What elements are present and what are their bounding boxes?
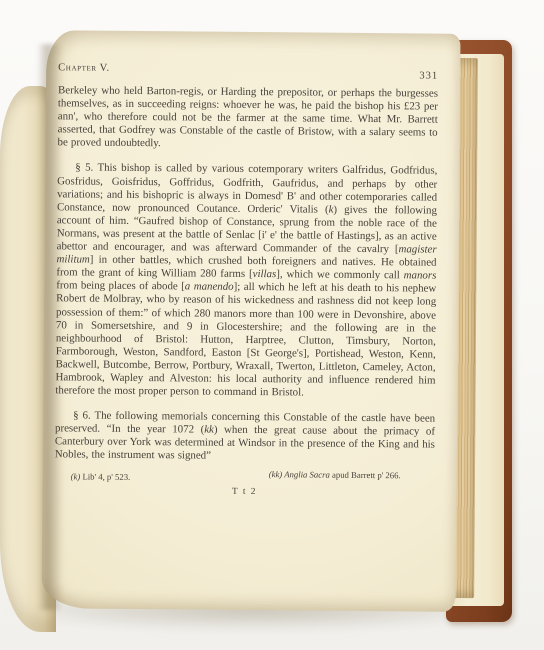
paragraph: § 5. This bishop is called by various co… (55, 162, 437, 401)
page-number: 331 (419, 70, 438, 81)
text-body: Berkeley who held Barton-regis, or Hardi… (55, 84, 438, 465)
printed-text-block: Chapter V. 331 Berkeley who held Barton-… (54, 62, 438, 498)
chapter-heading: Chapter V. (58, 62, 110, 73)
book-page: Chapter V. 331 Berkeley who held Barton-… (41, 30, 460, 612)
footnotes: (k) Lib' 4, p' 523. (kk) Anglia Sacra ap… (55, 471, 435, 484)
book-photograph: Chapter V. 331 Berkeley who held Barton-… (0, 0, 544, 650)
paragraph: Berkeley who held Barton-regis, or Hardi… (57, 84, 438, 153)
footnote-left: (k) Lib' 4, p' 523. (71, 471, 131, 482)
footnote-right: (kk) Anglia Sacra apud Barrett p' 266. (269, 469, 401, 480)
page-header: Chapter V. 331 (58, 62, 438, 76)
paragraph: § 6. The following memorials concerning … (55, 409, 435, 465)
printers-signature-mark: T t 2 (54, 485, 434, 498)
